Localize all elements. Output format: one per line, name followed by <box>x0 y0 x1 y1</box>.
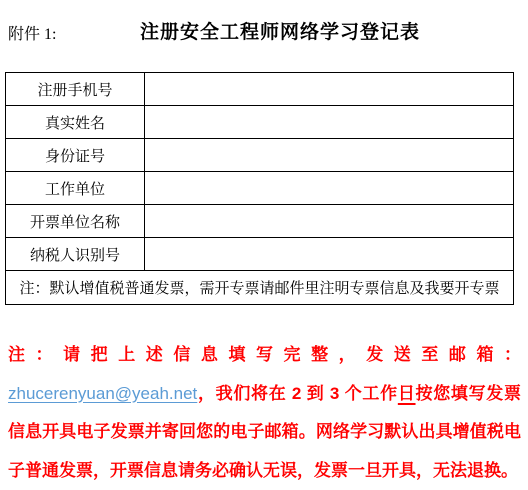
table-row-registered-phone: 注册手机号 <box>6 73 514 106</box>
real-name-input-cell[interactable] <box>145 106 514 139</box>
registration-form-table: 注册手机号 真实姓名 身份证号 工作单位 开票单位名称 纳税人识别号 注：默认增… <box>5 72 514 305</box>
work-unit-input-cell[interactable] <box>145 172 514 205</box>
taxpayer-id-label: 纳税人识别号 <box>6 238 145 271</box>
registered-phone-input-cell[interactable] <box>145 73 514 106</box>
id-number-input-cell[interactable] <box>145 139 514 172</box>
page-title: 注册安全工程师网络学习登记表 <box>140 17 420 44</box>
table-row-id-number: 身份证号 <box>6 139 514 172</box>
invoice-unit-name-label: 开票单位名称 <box>6 205 145 238</box>
table-row-footnote: 注：默认增值税普通发票，需开专票请邮件里注明专票信息及我要开专票 <box>6 271 514 305</box>
email-link[interactable]: zhucerenyuan@yeah.net <box>8 384 197 403</box>
taxpayer-id-input-cell[interactable] <box>145 238 514 271</box>
table-row-real-name: 真实姓名 <box>6 106 514 139</box>
registered-phone-label: 注册手机号 <box>6 73 145 106</box>
invoice-footnote: 注：默认增值税普通发票，需开专票请邮件里注明专票信息及我要开专票 <box>6 271 514 305</box>
real-name-label: 真实姓名 <box>6 106 145 139</box>
underlined-day-char: 日 <box>398 384 416 403</box>
notice-text-part2: ，我们将在 2 到 3 个工作 <box>197 384 398 403</box>
attachment-label: 附件 1: <box>8 21 56 44</box>
notice-text-part1: 注：请把上述信息填写完整，发送至邮箱： <box>8 345 521 364</box>
id-number-label: 身份证号 <box>6 139 145 172</box>
table-row-taxpayer-id: 纳税人识别号 <box>6 238 514 271</box>
document-header: 附件 1: 注册安全工程师网络学习登记表 <box>0 0 528 60</box>
table-row-invoice-unit-name: 开票单位名称 <box>6 205 514 238</box>
invoice-unit-name-input-cell[interactable] <box>145 205 514 238</box>
red-notice-paragraph: 注：请把上述信息填写完整，发送至邮箱：zhucerenyuan@yeah.net… <box>8 336 521 490</box>
table-row-work-unit: 工作单位 <box>6 172 514 205</box>
work-unit-label: 工作单位 <box>6 172 145 205</box>
